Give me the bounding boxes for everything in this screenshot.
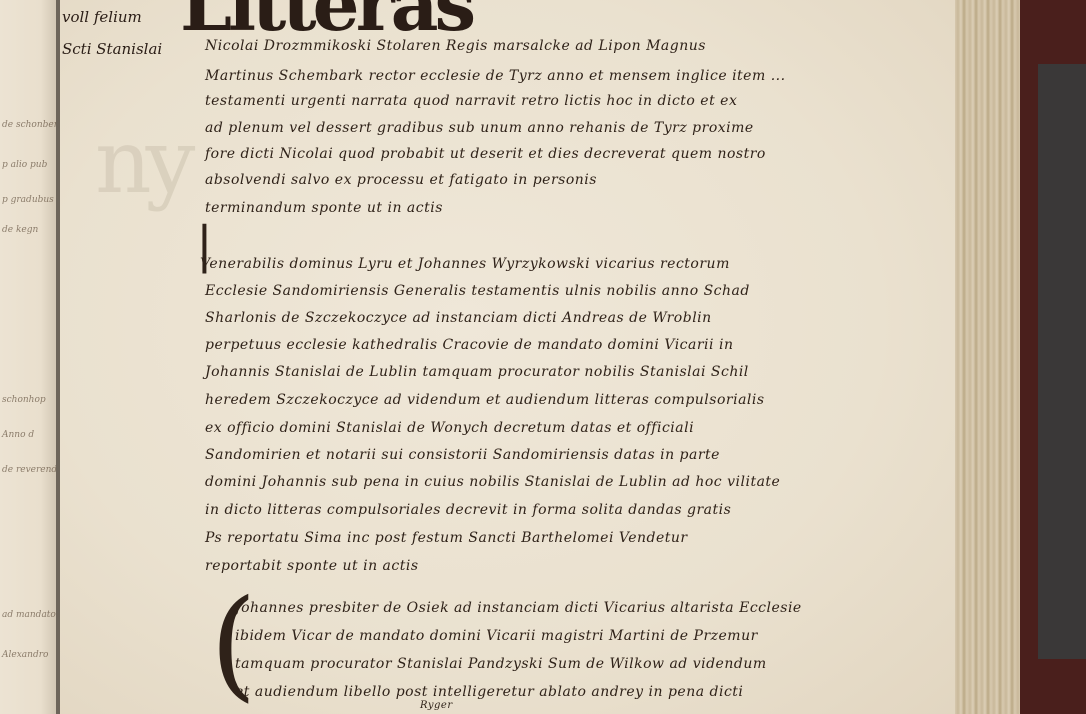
left-page-note: de reverend bbox=[2, 465, 57, 475]
facing-page-left: de schonberg p alio pub p gradubus de ke… bbox=[0, 0, 58, 714]
entry-1-line: terminandum sponte ut in actis bbox=[205, 200, 443, 216]
entry-3-line: tamquam procurator Stanislai Pandzyski S… bbox=[235, 656, 767, 672]
cover-board bbox=[1038, 64, 1086, 659]
left-page-note: schonhop bbox=[2, 395, 46, 405]
entry-3-line: ibidem Vicar de mandato domini Vicarii m… bbox=[235, 628, 758, 644]
left-page-note: ad mandato bbox=[2, 610, 56, 620]
entry-2-line: Sharlonis de Szczekoczyce ad instanciam … bbox=[205, 310, 712, 326]
entry-2-line: perpetuus ecclesie kathedralis Cracovie … bbox=[205, 337, 733, 353]
entry-1-line: testamenti urgenti narrata quod narravit… bbox=[205, 93, 737, 109]
entry-2-line: domini Johannis sub pena in cuius nobili… bbox=[205, 474, 780, 490]
entry-2-line: Johannis Stanislai de Lublin tamquam pro… bbox=[205, 364, 749, 380]
entry-2-line: heredem Szczekoczyce ad videndum et audi… bbox=[205, 392, 765, 408]
left-page-note: Alexandro bbox=[2, 650, 48, 660]
entry-1-line: fore dicti Nicolai quod probabit ut dese… bbox=[205, 146, 766, 162]
entry-2-line: Ps reportatu Sima inc post festum Sancti… bbox=[205, 530, 688, 546]
entry-2-line: ex officio domini Stanislai de Wonych de… bbox=[205, 420, 694, 436]
entry-3-line: et audiendum libello post intelligeretur… bbox=[235, 684, 743, 700]
entry-2-line: Ecclesie Sandomiriensis Generalis testam… bbox=[205, 283, 750, 299]
bleed-through-lettering: ny bbox=[95, 110, 189, 213]
left-page-note: de kegn bbox=[2, 225, 38, 235]
entry-1-line: Martinus Schembark rector ecclesie de Ty… bbox=[205, 68, 786, 84]
entry-2-line: in dicto litteras compulsoriales decrevi… bbox=[205, 502, 731, 518]
entry-1-line: ad plenum vel dessert gradibus sub unum … bbox=[205, 120, 754, 136]
entry-3-interlinear: Ryger bbox=[420, 700, 453, 711]
left-page-note: de schonberg bbox=[2, 120, 64, 130]
entry-2-line: Venerabilis dominus Lyru et Johannes Wyr… bbox=[200, 256, 730, 272]
left-page-note: p alio pub bbox=[2, 160, 47, 170]
entry-1-line: Nicolai Drozmmikoski Stolaren Regis mars… bbox=[205, 38, 706, 54]
book-binding bbox=[1020, 0, 1086, 714]
entry-2-line: reportabit sponte ut in actis bbox=[205, 558, 419, 574]
entry-3-line: Johannes presbiter de Osiek ad instancia… bbox=[235, 600, 802, 616]
left-page-note: p gradubus bbox=[2, 195, 54, 205]
entry-1-line: absolvendi salvo ex processu et fatigato… bbox=[205, 172, 597, 188]
left-page-note: Anno d bbox=[2, 430, 34, 440]
entry-2-line: Sandomirien et notarii sui consistorii S… bbox=[205, 447, 720, 463]
margin-note: Scti Stanislai bbox=[62, 40, 162, 58]
margin-note: voll felium bbox=[62, 8, 142, 26]
page-stack-edge bbox=[955, 0, 1020, 714]
